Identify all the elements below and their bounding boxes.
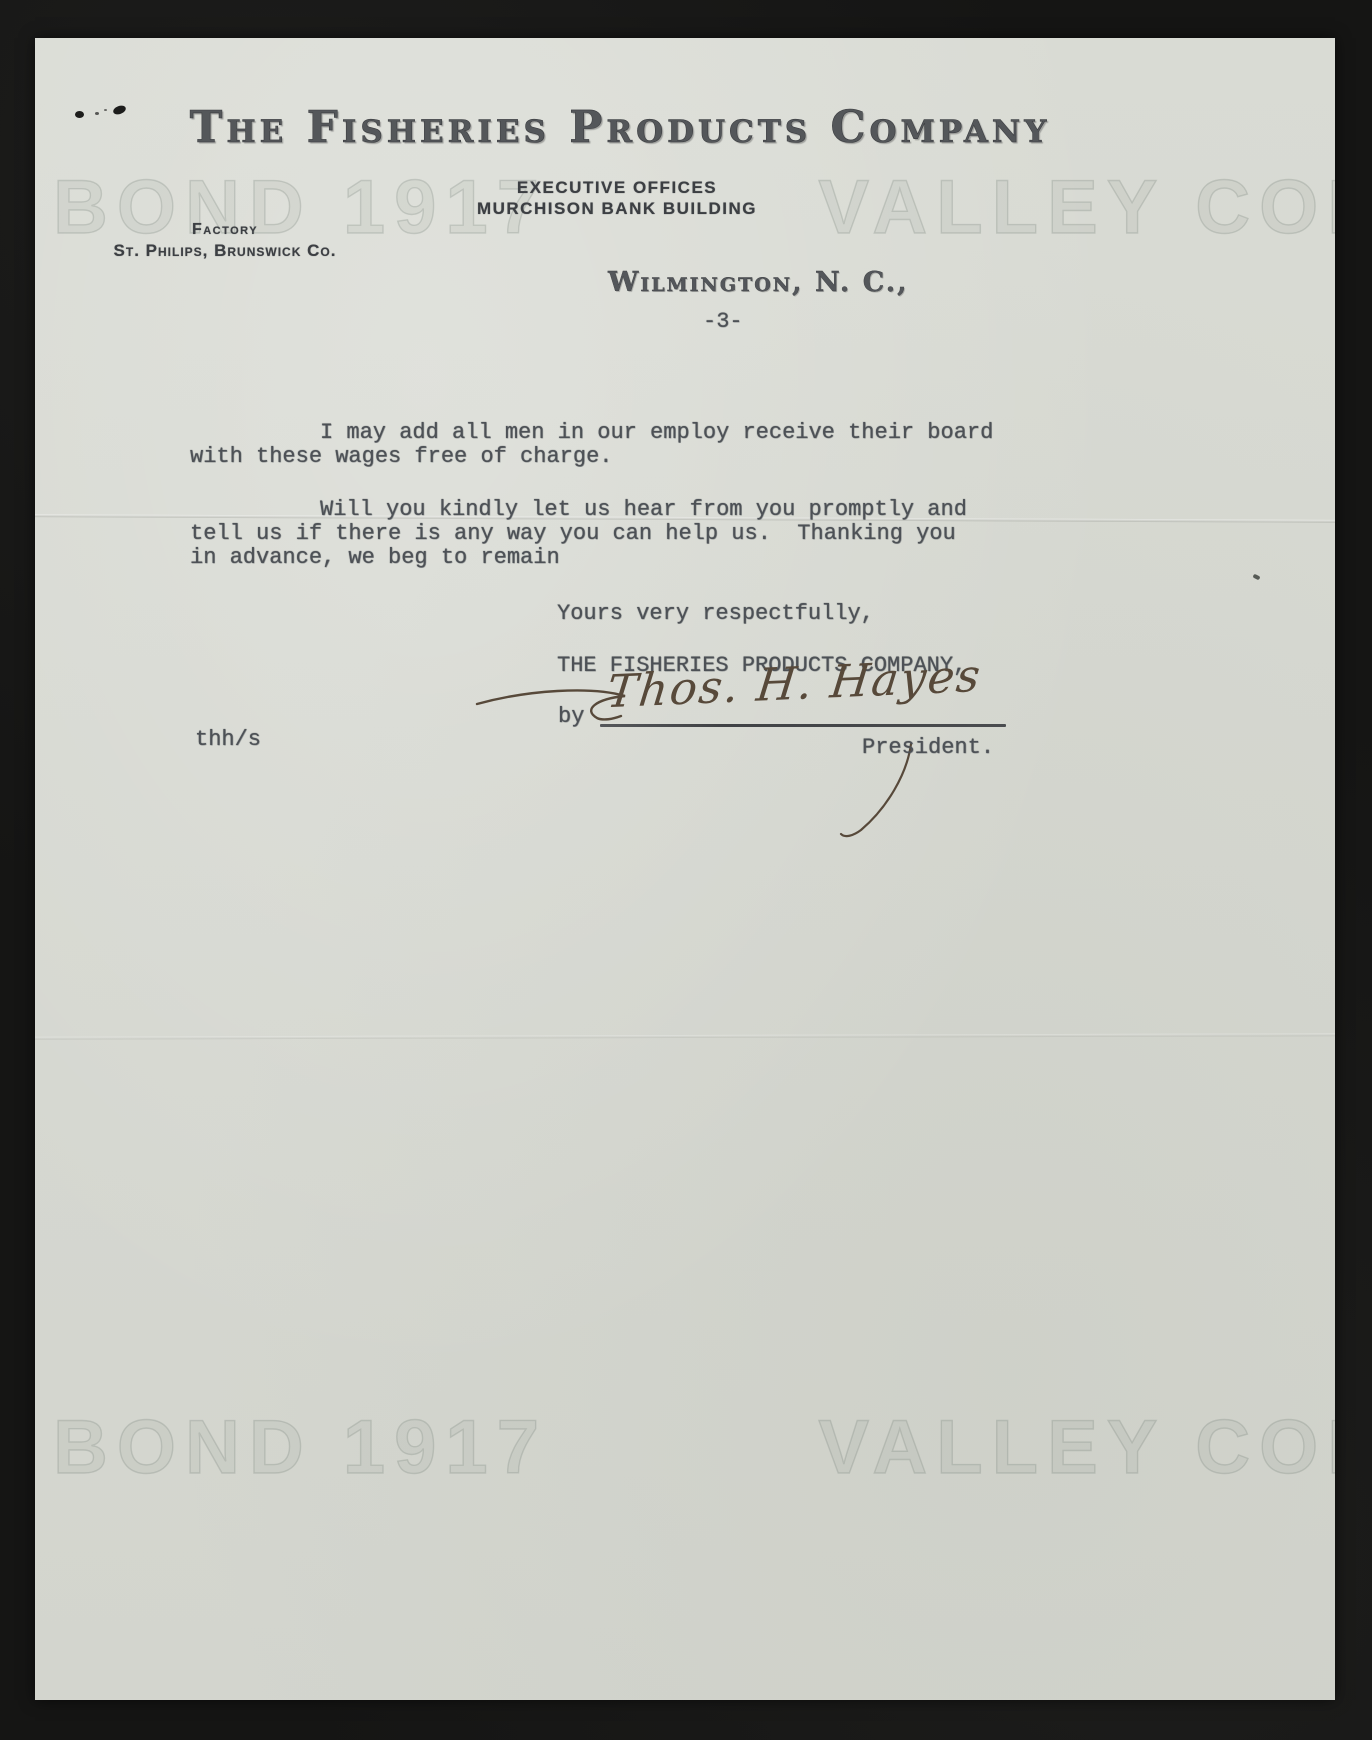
watermark-maker-text: VALLEY CONC: [818, 164, 1335, 251]
factory-location: St. Philips, Brunswick Co.: [75, 239, 375, 263]
signer-title: President.: [862, 735, 994, 760]
factory-block: Factory St. Philips, Brunswick Co.: [75, 221, 375, 263]
ink-speck: [95, 112, 99, 115]
city-dateline: Wilmington, N. C.,: [608, 267, 909, 298]
body-line: tell us if there is any way you can help…: [190, 522, 993, 546]
paragraph: Will you kindly let us hear from you pro…: [190, 498, 993, 570]
fold-crease: [35, 1033, 1335, 1039]
letter-page: BOND 1917 VALLEY CONC BOND 1917 VALLEY C…: [35, 38, 1335, 1700]
executive-offices-line: EXECUTIVE OFFICES: [417, 177, 817, 198]
body-line: I may add all men in our employ receive …: [190, 421, 993, 445]
ink-speck: [1252, 574, 1260, 581]
body-line: in advance, we beg to remain: [190, 546, 993, 570]
paragraph: I may add all men in our employ receive …: [190, 421, 993, 469]
ink-speck: [75, 111, 84, 118]
valediction: Yours very respectfully,: [557, 601, 874, 626]
body-line: with these wages free of charge.: [190, 445, 993, 469]
body-line: Will you kindly let us hear from you pro…: [190, 498, 993, 522]
page-number: -3-: [703, 309, 743, 334]
ink-speck: [104, 109, 107, 111]
letter-body: I may add all men in our employ receive …: [190, 421, 993, 570]
watermark-bottom: BOND 1917 VALLEY CONC: [35, 1404, 1335, 1491]
signature-by-label: by: [558, 704, 584, 729]
bank-building-line: MURCHISON BANK BUILDING: [417, 198, 817, 219]
factory-label: Factory: [75, 221, 375, 239]
signature-underline: [600, 724, 1006, 727]
ink-speck: [112, 104, 127, 116]
company-name-heading: The Fisheries Products Company: [175, 102, 1065, 153]
watermark-brand-text: BOND 1917: [53, 1404, 548, 1491]
watermark-maker-text: VALLEY CONC: [818, 1404, 1335, 1491]
executive-offices-block: EXECUTIVE OFFICES MURCHISON BANK BUILDIN…: [417, 177, 817, 219]
typist-initials: thh/s: [195, 727, 261, 752]
